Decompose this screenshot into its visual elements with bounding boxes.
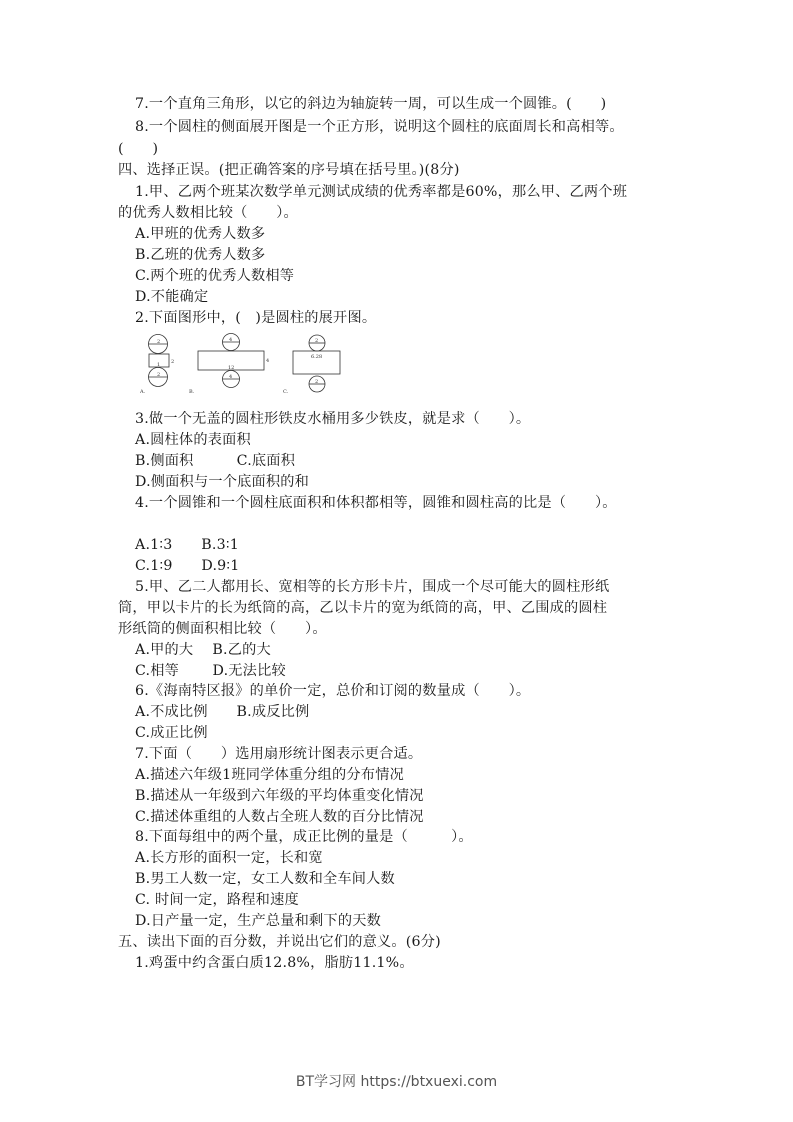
text-line: 7.下面（ ）选用扇形统计图表示更合适。 [135,744,422,764]
text-line: A.长方形的面积一定，长和宽 [135,848,323,868]
figure-a-option-label: A. [140,389,146,395]
text-line: ( ) [118,139,158,159]
text-line: B.侧面积 C.底面积 [135,451,295,471]
text-line: D.不能确定 [135,287,208,307]
text-line: 四、选择正误。(把正确答案的序号填在括号里。)(8分) [118,160,460,180]
text-line: 筒，甲以卡片的长为纸筒的高，乙以卡片的宽为纸筒的高，甲、乙围成的圆柱 [118,598,607,618]
figure-b-rect-label: 12 [228,365,234,371]
text-line: C. 时间一定，路程和速度 [135,890,299,910]
text-line: A.1∶3 B.3∶1 [135,535,239,555]
figure-b-top-circle-label: 4 [229,337,232,343]
text-line: A.圆柱体的表面积 [135,430,251,450]
text-line: A.甲班的优秀人数多 [135,224,265,244]
text-line: 6.《海南特区报》的单价一定，总价和订阅的数量成（ ）。 [135,681,530,701]
text-line: C.相等 D.无法比较 [135,661,286,681]
text-line: D.侧面积与一个底面积的和 [135,472,309,492]
text-line: B.描述从一年级到六年级的平均体重变化情况 [135,786,424,806]
text-line: 形纸筒的侧面积相比较（ ）。 [118,619,327,639]
text-line: A.不成比例 B.成反比例 [135,702,309,722]
text-line: 1.甲、乙两个班某次数学单元测试成绩的优秀率都是60%，那么甲、乙两个班 [135,182,627,202]
text-line: B.乙班的优秀人数多 [135,245,265,265]
figure-c-bottom-circle-label: 2 [315,379,318,385]
figure-b-option-label: B. [189,389,195,395]
text-line: C.成正比例 [135,723,208,743]
text-line: 7.一个直角三角形，以它的斜边为轴旋转一周，可以生成一个圆锥。( ) [135,94,606,114]
text-line: C.1∶9 D.9∶1 [135,556,240,576]
text-line: B.男工人数一定，女工人数和全车间人数 [135,869,395,889]
text-line: C.两个班的优秀人数相等 [135,266,294,286]
figure-a-rect-label: 1 [157,362,160,368]
text-line: 8.下面每组中的两个量，成正比例的量是（ ）。 [135,827,473,847]
figure-c-option-label: C. [283,389,289,395]
text-line: 1.鸡蛋中约含蛋白质12.8%，脂肪11.1%。 [135,953,414,973]
document-page: 7.一个直角三角形，以它的斜边为轴旋转一周，可以生成一个圆锥。( )8.一个圆柱… [0,0,793,1122]
text-line: 8.一个圆柱的侧面展开图是一个正方形，说明这个圆柱的底面周长和高相等。 [135,117,624,137]
footer-watermark: BT学习网 https://btxuexi.com [0,1071,793,1091]
text-line: 2.下面图形中，( )是圆柱的展开图。 [135,308,376,328]
figure-b-bottom-circle-label: 4 [229,374,232,380]
figure-b-side-label: 4 [266,358,269,364]
figure-a-top-circle-label: 2 [157,339,160,345]
cylinder-net-figures: 2 1 2 2 A. 4 12 4 4 B. [140,333,360,403]
figure-c-top-circle-label: 2 [315,338,318,344]
figure-a-bottom-circle-label: 2 [157,372,160,378]
text-line: D.日产量一定，生产总量和剩下的天数 [135,911,381,931]
figure-c-rect-label: 6.28 [311,354,322,360]
text-line: 的优秀人数相比较（ ）。 [118,203,298,223]
figure-a-side-label: 2 [171,359,174,365]
text-line: C.描述体重组的人数占全班人数的百分比情况 [135,807,424,827]
text-line: 五、读出下面的百分数，并说出它们的意义。(6分) [118,932,441,952]
text-line: A.描述六年级1班同学体重分组的分布情况 [135,765,404,785]
text-line: A.甲的大 B.乙的大 [135,640,271,660]
text-line: 4.一个圆锥和一个圆柱底面积和体积都相等，圆锥和圆柱高的比是（ ）。 [135,493,617,513]
text-line: 3.做一个无盖的圆柱形铁皮水桶用多少铁皮，就是求（ ）。 [135,409,530,429]
text-line: 5.甲、乙二人都用长、宽相等的长方形卡片，围成一个尽可能大的圆柱形纸 [135,577,609,597]
